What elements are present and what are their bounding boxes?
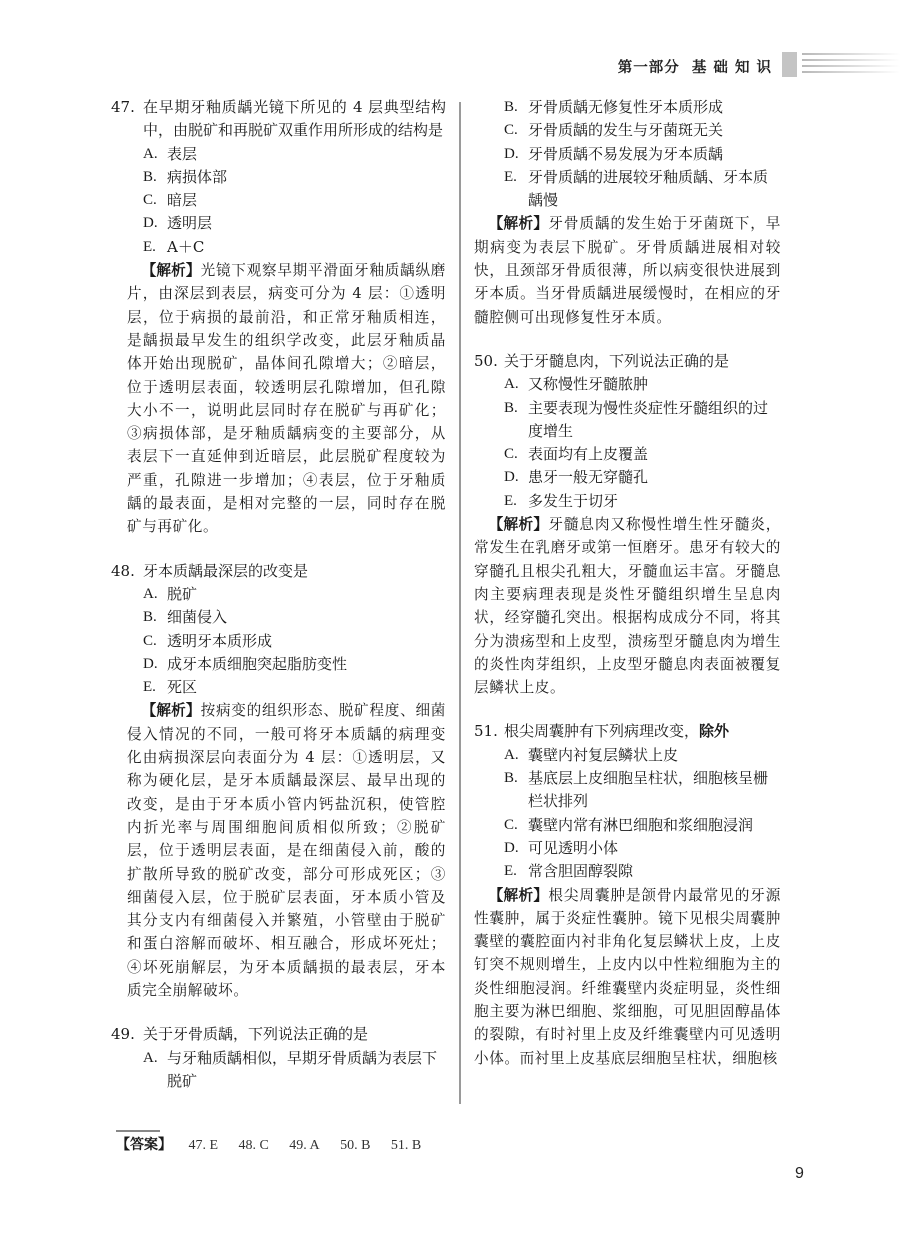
answer-item: 47. E bbox=[188, 1138, 218, 1153]
option-c: C.暗层 bbox=[143, 189, 446, 212]
option-e: E.多发生于切牙 bbox=[504, 490, 781, 513]
option-a: A.表层 bbox=[143, 143, 446, 166]
question-number: 49. bbox=[111, 1023, 143, 1046]
answer-key: 【答案】 47. E 48. C 49. A 50. B 51. B bbox=[116, 1134, 437, 1154]
analysis-tag: 【解析】 bbox=[142, 702, 201, 719]
option-e: E.死区 bbox=[143, 676, 446, 699]
option-d: D.牙骨质龋不易发展为牙本质龋 bbox=[504, 143, 781, 166]
question-stem: 在早期牙釉质龋光镜下所见的 4 层典型结构中，由脱矿和再脱矿双重作用所形成的结构… bbox=[143, 96, 446, 143]
question-51: 51. 根尖周囊肿有下列病理改变，除外 A.囊壁内衬复层鳞状上皮 B.基底层上皮… bbox=[474, 720, 781, 1069]
question-50: 50. 关于牙髓息肉，下列说法正确的是 A.又称慢性牙髓脓肿 B.主要表现为慢性… bbox=[474, 350, 781, 699]
analysis: 【解析】牙髓息肉又称慢性增生性牙髓炎，常发生在乳磨牙或第一恒磨牙。患牙有较大的穿… bbox=[474, 513, 781, 699]
answer-item: 48. C bbox=[238, 1138, 268, 1153]
question-47: 47. 在早期牙釉质龋光镜下所见的 4 层典型结构中，由脱矿和再脱矿双重作用所形… bbox=[143, 96, 446, 539]
answer-item: 51. B bbox=[391, 1138, 421, 1153]
option-c: C.透明牙本质形成 bbox=[143, 630, 446, 653]
analysis-tag: 【解析】 bbox=[489, 516, 549, 533]
answer-key-rule bbox=[116, 1130, 160, 1132]
option-a: A.脱矿 bbox=[143, 583, 446, 606]
section-title: 第一部分 基 础 知 识 bbox=[618, 56, 772, 77]
option-a: A.囊壁内衬复层鳞状上皮 bbox=[504, 744, 781, 767]
option-b: B.牙骨质龋无修复性牙本质形成 bbox=[504, 96, 781, 119]
question-number: 47. bbox=[111, 96, 143, 143]
option-d: D.可见透明小体 bbox=[504, 837, 781, 860]
analysis: 【解析】根尖周囊肿是颌骨内最常见的牙源性囊肿，属于炎症性囊肿。镜下见根尖周囊肿囊… bbox=[474, 884, 781, 1070]
question-number: 48. bbox=[111, 560, 143, 583]
option-c: C.牙骨质龋的发生与牙菌斑无关 bbox=[504, 119, 781, 142]
analysis-tag: 【解析】 bbox=[489, 887, 549, 904]
option-d: D.患牙一般无穿髓孔 bbox=[504, 466, 781, 489]
option-b: B.细菌侵入 bbox=[143, 606, 446, 629]
option-a: A.又称慢性牙髓脓肿 bbox=[504, 373, 781, 396]
question-49-continued: B.牙骨质龋无修复性牙本质形成 C.牙骨质龋的发生与牙菌斑无关 D.牙骨质龋不易… bbox=[474, 96, 781, 212]
header-decoration-lines bbox=[802, 53, 900, 77]
option-d: D.成牙本质细胞突起脂肪变性 bbox=[143, 653, 446, 676]
emphasis-except: 除外 bbox=[699, 722, 729, 740]
header-decoration-block bbox=[782, 52, 797, 77]
answer-item: 49. A bbox=[289, 1138, 319, 1153]
question-stem: 关于牙骨质龋，下列说法正确的是 bbox=[143, 1023, 446, 1046]
option-e: E.常含胆固醇裂隙 bbox=[504, 860, 781, 883]
option-c: C.表面均有上皮覆盖 bbox=[504, 443, 781, 466]
column-divider bbox=[459, 102, 461, 1104]
question-48: 48. 牙本质龋最深层的改变是 A.脱矿 B.细菌侵入 C.透明牙本质形成 D.… bbox=[143, 560, 446, 1003]
option-d: D.透明层 bbox=[143, 212, 446, 235]
analysis-text: 光镜下观察早期平滑面牙釉质龋纵磨片，由深层到表层，病变可分为 4 层：①透明层，… bbox=[127, 262, 446, 535]
analysis: 【解析】按病变的组织形态、脱矿程度、细菌侵入情况的不同，一般可将牙本质龋的病理变… bbox=[127, 699, 446, 1002]
option-e: E.牙骨质龋的进展较牙釉质龋、牙本质龋慢 bbox=[504, 166, 781, 213]
option-c: C.囊壁内常有淋巴细胞和浆细胞浸润 bbox=[504, 814, 781, 837]
page-header: 第一部分 基 础 知 识 bbox=[0, 52, 900, 82]
answer-key-tag: 【答案】 bbox=[116, 1137, 172, 1153]
option-e: E.A＋C bbox=[143, 236, 446, 259]
analysis-49: 【解析】牙骨质龋的发生始于牙菌斑下，早期病变为表层下脱矿。牙骨质龋进展相对较快，… bbox=[474, 212, 781, 328]
analysis-tag: 【解析】 bbox=[142, 262, 201, 279]
analysis-tag: 【解析】 bbox=[489, 215, 549, 232]
left-column: 47. 在早期牙釉质龋光镜下所见的 4 层典型结构中，由脱矿和再脱矿双重作用所形… bbox=[143, 96, 446, 1093]
question-stem: 牙本质龋最深层的改变是 bbox=[143, 560, 446, 583]
analysis-text: 牙髓息肉又称慢性增生性牙髓炎，常发生在乳磨牙或第一恒磨牙。患牙有较大的穿髓孔且根… bbox=[474, 516, 781, 696]
question-number: 50. bbox=[474, 350, 504, 373]
analysis-text: 按病变的组织形态、脱矿程度、细菌侵入情况的不同，一般可将牙本质龋的病理变化由病损… bbox=[127, 702, 446, 999]
analysis: 【解析】光镜下观察早期平滑面牙釉质龋纵磨片，由深层到表层，病变可分为 4 层：①… bbox=[127, 259, 446, 539]
analysis-text: 根尖周囊肿是颌骨内最常见的牙源性囊肿，属于炎症性囊肿。镜下见根尖周囊肿囊壁的囊腔… bbox=[474, 887, 781, 1067]
option-b: B.病损体部 bbox=[143, 166, 446, 189]
option-a: A.与牙釉质龋相似，早期牙骨质龋为表层下脱矿 bbox=[143, 1047, 446, 1094]
question-stem: 根尖周囊肿有下列病理改变，除外 bbox=[504, 720, 781, 743]
answer-item: 50. B bbox=[340, 1138, 370, 1153]
option-b: B.基底层上皮细胞呈柱状，细胞核呈栅栏状排列 bbox=[504, 767, 781, 814]
option-b: B.主要表现为慢性炎症性牙髓组织的过度增生 bbox=[504, 397, 781, 444]
question-number: 51. bbox=[474, 720, 504, 743]
question-49: 49. 关于牙骨质龋，下列说法正确的是 A.与牙釉质龋相似，早期牙骨质龋为表层下… bbox=[143, 1023, 446, 1093]
page-number: 9 bbox=[795, 1165, 804, 1183]
right-column: B.牙骨质龋无修复性牙本质形成 C.牙骨质龋的发生与牙菌斑无关 D.牙骨质龋不易… bbox=[474, 96, 781, 1070]
question-stem: 关于牙髓息肉，下列说法正确的是 bbox=[504, 350, 781, 373]
